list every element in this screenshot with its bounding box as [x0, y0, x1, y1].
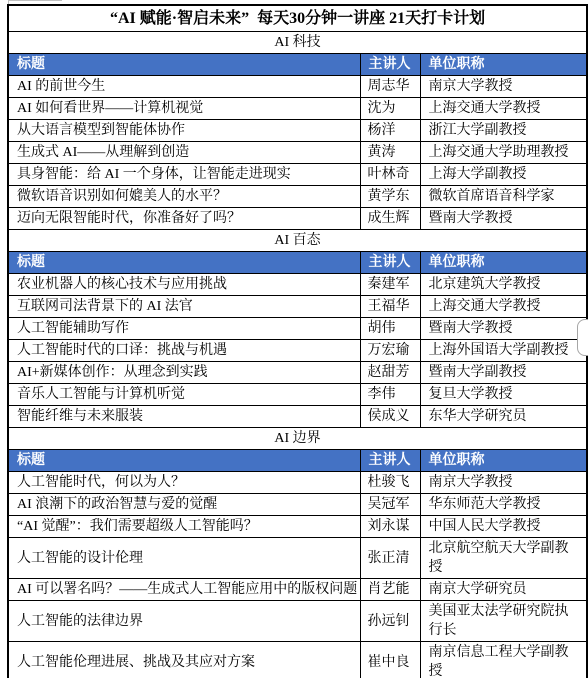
lecture-row: 音乐人工智能与计算机听觉李伟复旦大学教授 [8, 384, 587, 406]
lecture-row: 互联网司法背景下的 AI 法官王福华上海交通大学教授 [8, 296, 587, 318]
affiliation-cell: 上海交通大学教授 [420, 98, 587, 120]
affiliation-cell: 东华大学研究员 [420, 406, 587, 428]
speaker-cell: 万宏瑜 [360, 340, 420, 362]
page-title: “AI 赋能·智启未来” 每天30分钟一讲座 21天打卡计划 [8, 5, 587, 32]
lecture-row: 微软语音识别如何媲美人的水平？黄学东微软首席语音科学家 [8, 186, 587, 208]
affiliation-cell: 南京大学教授 [420, 76, 587, 98]
lecture-title-cell: AI 浪潮下的政治智慧与爱的觉醒 [8, 494, 360, 516]
lecture-title-cell: 人工智能的法律边界 [8, 601, 360, 642]
affiliation-cell: 复旦大学教授 [420, 384, 587, 406]
lecture-row: “AI 觉醒”：我们需要超级人工智能吗？刘永谋中国人民大学教授 [8, 516, 587, 538]
lecture-row: 人工智能时代的口译：挑战与机遇万宏瑜上海外国语大学副教授 [8, 340, 587, 362]
section-row: AI 科技 [8, 32, 587, 54]
lecture-title-cell: AI 如何看世界——计算机视觉 [8, 98, 360, 120]
gridline-artifact-horizontal [8, 0, 62, 1]
lecture-schedule-table: “AI 赋能·智启未来” 每天30分钟一讲座 21天打卡计划 AI 科技标题主讲… [7, 4, 588, 678]
speaker-cell: 李伟 [360, 384, 420, 406]
column-header-affiliation: 单位职称 [420, 252, 587, 274]
column-header-title: 标题 [8, 54, 360, 76]
column-header-speaker: 主讲人 [360, 252, 420, 274]
speaker-cell: 周志华 [360, 76, 420, 98]
column-header-title: 标题 [8, 252, 360, 274]
lecture-row: 人工智能伦理进展、挑战及其应对方案崔中良南京信息工程大学副教授 [8, 642, 587, 678]
speaker-cell: 杜骏飞 [360, 472, 420, 494]
lecture-row: 农业机器人的核心技术与应用挑战秦建军北京建筑大学教授 [8, 274, 587, 296]
speaker-cell: 王福华 [360, 296, 420, 318]
lecture-title-cell: 具身智能：给 AI 一个身体，让智能走进现实 [8, 164, 360, 186]
speaker-cell: 黄学东 [360, 186, 420, 208]
lecture-title-cell: 人工智能时代的口译：挑战与机遇 [8, 340, 360, 362]
section-title: AI 科技 [8, 32, 587, 54]
column-header-row: 标题主讲人单位职称 [8, 252, 587, 274]
affiliation-cell: 南京大学教授 [420, 472, 587, 494]
lecture-title-cell: 人工智能辅助写作 [8, 318, 360, 340]
affiliation-cell: 南京信息工程大学副教授 [420, 642, 587, 678]
affiliation-cell: 美国亚太法学研究院执行长 [420, 601, 587, 642]
lecture-title-cell: “AI 觉醒”：我们需要超级人工智能吗？ [8, 516, 360, 538]
affiliation-cell: 中国人民大学教授 [420, 516, 587, 538]
lecture-title-cell: 从大语言模型到智能体协作 [8, 120, 360, 142]
column-header-title: 标题 [8, 450, 360, 472]
lecture-row: 人工智能的设计伦理张正清北京航空航天大学副教授 [8, 538, 587, 579]
speaker-cell: 黄涛 [360, 142, 420, 164]
lecture-title-cell: AI 可以署名吗？——生成式人工智能应用中的版权问题 [8, 579, 360, 601]
affiliation-cell: 上海外国语大学副教授 [420, 340, 587, 362]
speaker-cell: 侯成义 [360, 406, 420, 428]
column-header-row: 标题主讲人单位职称 [8, 450, 587, 472]
affiliation-cell: 上海大学副教授 [420, 164, 587, 186]
speaker-cell: 肖艺能 [360, 579, 420, 601]
document-page: “AI 赋能·智启未来” 每天30分钟一讲座 21天打卡计划 AI 科技标题主讲… [0, 0, 588, 678]
affiliation-cell: 上海交通大学教授 [420, 296, 587, 318]
affiliation-cell: 华东师范大学教授 [420, 494, 587, 516]
lecture-title-cell: 智能纤维与未来服装 [8, 406, 360, 428]
affiliation-cell: 北京建筑大学教授 [420, 274, 587, 296]
speaker-cell: 胡伟 [360, 318, 420, 340]
lecture-title-cell: 人工智能伦理进展、挑战及其应对方案 [8, 642, 360, 678]
speaker-cell: 崔中良 [360, 642, 420, 678]
section-title: AI 边界 [8, 428, 587, 450]
lecture-row: 人工智能的法律边界孙远钊美国亚太法学研究院执行长 [8, 601, 587, 642]
lecture-title-cell: 人工智能的设计伦理 [8, 538, 360, 579]
speaker-cell: 沈为 [360, 98, 420, 120]
lecture-row: 智能纤维与未来服装侯成义东华大学研究员 [8, 406, 587, 428]
affiliation-cell: 暨南大学副教授 [420, 362, 587, 384]
lecture-row: AI 可以署名吗？——生成式人工智能应用中的版权问题肖艺能南京大学研究员 [8, 579, 587, 601]
lecture-row: 人工智能时代，何以为人？杜骏飞南京大学教授 [8, 472, 587, 494]
lecture-row: 生成式 AI——从理解到创造黄涛上海交通大学助理教授 [8, 142, 587, 164]
speaker-cell: 张正清 [360, 538, 420, 579]
lecture-title-cell: 农业机器人的核心技术与应用挑战 [8, 274, 360, 296]
lecture-title-cell: 微软语音识别如何媲美人的水平？ [8, 186, 360, 208]
affiliation-cell: 暨南大学教授 [420, 318, 587, 340]
lecture-title-cell: 互联网司法背景下的 AI 法官 [8, 296, 360, 318]
column-header-affiliation: 单位职称 [420, 450, 587, 472]
section-row: AI 百态 [8, 230, 587, 252]
lecture-title-cell: 迈向无限智能时代，你准备好了吗？ [8, 208, 360, 230]
scrollbar-thumb[interactable] [577, 319, 588, 356]
speaker-cell: 吴冠军 [360, 494, 420, 516]
section-row: AI 边界 [8, 428, 587, 450]
speaker-cell: 秦建军 [360, 274, 420, 296]
speaker-cell: 孙远钊 [360, 601, 420, 642]
lecture-row: AI+新媒体创作：从理念到实践赵甜芳暨南大学副教授 [8, 362, 587, 384]
lecture-row: AI 如何看世界——计算机视觉沈为上海交通大学教授 [8, 98, 587, 120]
column-header-affiliation: 单位职称 [420, 54, 587, 76]
lecture-title-cell: 人工智能时代，何以为人？ [8, 472, 360, 494]
affiliation-cell: 上海交通大学助理教授 [420, 142, 587, 164]
column-header-row: 标题主讲人单位职称 [8, 54, 587, 76]
lecture-row: 迈向无限智能时代，你准备好了吗？成生辉暨南大学教授 [8, 208, 587, 230]
lecture-row: 具身智能：给 AI 一个身体，让智能走进现实叶林奇上海大学副教授 [8, 164, 587, 186]
column-header-speaker: 主讲人 [360, 450, 420, 472]
speaker-cell: 叶林奇 [360, 164, 420, 186]
lecture-title-cell: AI 的前世今生 [8, 76, 360, 98]
table-title-row: “AI 赋能·智启未来” 每天30分钟一讲座 21天打卡计划 [8, 5, 587, 32]
lecture-title-cell: 音乐人工智能与计算机听觉 [8, 384, 360, 406]
speaker-cell: 赵甜芳 [360, 362, 420, 384]
section-title: AI 百态 [8, 230, 587, 252]
lecture-row: AI 的前世今生周志华南京大学教授 [8, 76, 587, 98]
speaker-cell: 成生辉 [360, 208, 420, 230]
affiliation-cell: 浙江大学副教授 [420, 120, 587, 142]
lecture-row: 从大语言模型到智能体协作杨洋浙江大学副教授 [8, 120, 587, 142]
lecture-title-cell: 生成式 AI——从理解到创造 [8, 142, 360, 164]
affiliation-cell: 北京航空航天大学副教授 [420, 538, 587, 579]
speaker-cell: 刘永谋 [360, 516, 420, 538]
speaker-cell: 杨洋 [360, 120, 420, 142]
column-header-speaker: 主讲人 [360, 54, 420, 76]
affiliation-cell: 微软首席语音科学家 [420, 186, 587, 208]
lecture-title-cell: AI+新媒体创作：从理念到实践 [8, 362, 360, 384]
lecture-row: AI 浪潮下的政治智慧与爱的觉醒吴冠军华东师范大学教授 [8, 494, 587, 516]
lecture-row: 人工智能辅助写作胡伟暨南大学教授 [8, 318, 587, 340]
affiliation-cell: 南京大学研究员 [420, 579, 587, 601]
affiliation-cell: 暨南大学教授 [420, 208, 587, 230]
